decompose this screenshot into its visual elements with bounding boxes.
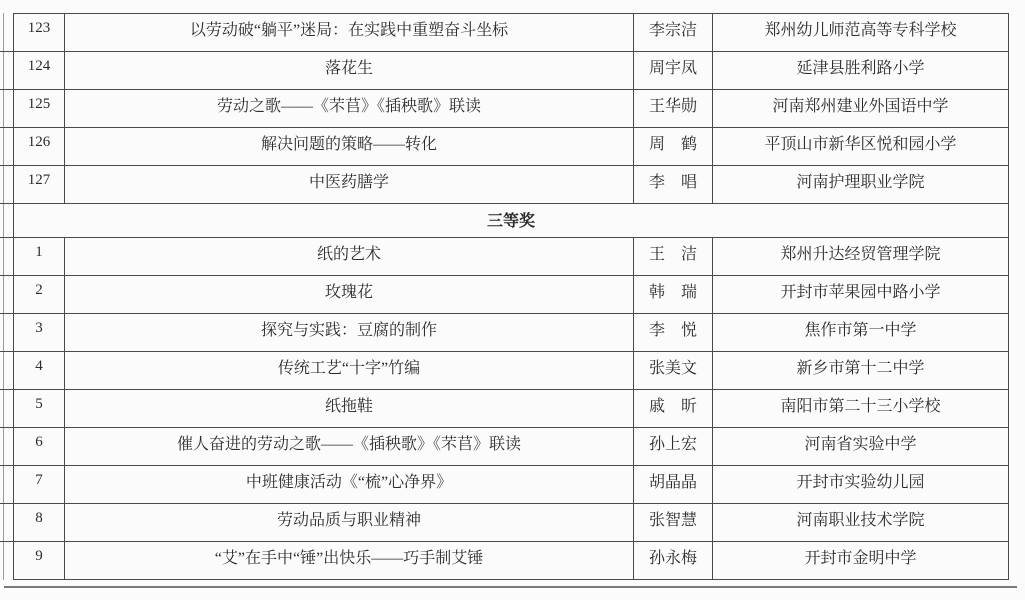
table-row: 124落花生周宇凤延津县胜利路小学 [14, 52, 1009, 90]
table-row: 127中医药膳学李 唱河南护理职业学院 [14, 166, 1009, 204]
school-name-cell: 新乡市第十二中学 [713, 352, 1009, 390]
row-rule-left-stub [0, 127, 13, 128]
row-number-cell: 123 [14, 14, 65, 52]
teacher-name-cell: 李 唱 [634, 166, 713, 204]
row-number-cell: 4 [14, 352, 65, 390]
page-edge-line [3, 13, 4, 580]
work-title-cell: 玫瑰花 [65, 276, 634, 314]
row-number-cell: 8 [14, 504, 65, 542]
table-row: 123以劳动破“躺平”迷局：在实践中重塑奋斗坐标李宗洁郑州幼儿师范高等专科学校 [14, 14, 1009, 52]
teacher-name-cell: 王华勋 [634, 90, 713, 128]
teacher-name-cell: 张美文 [634, 352, 713, 390]
teacher-name-cell: 戚 昕 [634, 390, 713, 428]
teacher-name-cell: 孙永梅 [634, 542, 713, 580]
row-rule-left-stub [0, 237, 13, 238]
row-rule-left-stub [0, 427, 13, 428]
awards-table: 123以劳动破“躺平”迷局：在实践中重塑奋斗坐标李宗洁郑州幼儿师范高等专科学校1… [13, 13, 1009, 580]
table-row: 1纸的艺术王 洁郑州升达经贸管理学院 [14, 238, 1009, 276]
school-name-cell: 河南省实验中学 [713, 428, 1009, 466]
teacher-name-cell: 张智慧 [634, 504, 713, 542]
school-name-cell: 郑州幼儿师范高等专科学校 [713, 14, 1009, 52]
school-name-cell: 河南郑州建业外国语中学 [713, 90, 1009, 128]
school-name-cell: 延津县胜利路小学 [713, 52, 1009, 90]
table-row: 126解决问题的策略——转化周 鹤平顶山市新华区悦和园小学 [14, 128, 1009, 166]
work-title-cell: 落花生 [65, 52, 634, 90]
row-number-cell: 6 [14, 428, 65, 466]
teacher-name-cell: 周 鹤 [634, 128, 713, 166]
row-rule-left-stub [0, 389, 13, 390]
school-name-cell: 南阳市第二十三小学校 [713, 390, 1009, 428]
work-title-cell: 以劳动破“躺平”迷局：在实践中重塑奋斗坐标 [65, 14, 634, 52]
work-title-cell: 催人奋进的劳动之歌——《插秧歌》《芣苢》联读 [65, 428, 634, 466]
row-rule-left-stub [0, 313, 13, 314]
table-row: 125劳动之歌——《芣苢》《插秧歌》联读王华勋河南郑州建业外国语中学 [14, 90, 1009, 128]
school-name-cell: 平顶山市新华区悦和园小学 [713, 128, 1009, 166]
section-header-row: 三等奖 [14, 204, 1009, 238]
row-number-cell: 125 [14, 90, 65, 128]
row-number-cell: 5 [14, 390, 65, 428]
row-number-cell: 1 [14, 238, 65, 276]
row-number-cell: 9 [14, 542, 65, 580]
row-rule-left-stub [0, 465, 13, 466]
work-title-cell: 中班健康活动《“梳”心净界》 [65, 466, 634, 504]
table-row: 6催人奋进的劳动之歌——《插秧歌》《芣苢》联读孙上宏河南省实验中学 [14, 428, 1009, 466]
school-name-cell: 焦作市第一中学 [713, 314, 1009, 352]
row-number-cell: 127 [14, 166, 65, 204]
table-row: 7中班健康活动《“梳”心净界》胡晶晶开封市实验幼儿园 [14, 466, 1009, 504]
teacher-name-cell: 胡晶晶 [634, 466, 713, 504]
row-number-cell: 7 [14, 466, 65, 504]
row-number-cell: 3 [14, 314, 65, 352]
row-rule-left-stub [0, 275, 13, 276]
table-row: 8劳动品质与职业精神张智慧河南职业技术学院 [14, 504, 1009, 542]
row-rule-left-stub [0, 203, 13, 204]
document-page: 123以劳动破“躺平”迷局：在实践中重塑奋斗坐标李宗洁郑州幼儿师范高等专科学校1… [0, 0, 1025, 600]
teacher-name-cell: 李 悦 [634, 314, 713, 352]
row-rule-left-stub [0, 165, 13, 166]
row-rule-left-stub [0, 351, 13, 352]
row-rule-left-stub [0, 503, 13, 504]
school-name-cell: 开封市金明中学 [713, 542, 1009, 580]
page-bottom-rule [4, 586, 1017, 588]
table-row: 4传统工艺“十字”竹编张美文新乡市第十二中学 [14, 352, 1009, 390]
school-name-cell: 河南职业技术学院 [713, 504, 1009, 542]
row-rule-left-stub [0, 89, 13, 90]
table-row: 9“艾”在手中“锤”出快乐——巧手制艾锤孙永梅开封市金明中学 [14, 542, 1009, 580]
school-name-cell: 河南护理职业学院 [713, 166, 1009, 204]
work-title-cell: “艾”在手中“锤”出快乐——巧手制艾锤 [65, 542, 634, 580]
work-title-cell: 探究与实践：豆腐的制作 [65, 314, 634, 352]
school-name-cell: 开封市实验幼儿园 [713, 466, 1009, 504]
teacher-name-cell: 周宇凤 [634, 52, 713, 90]
row-number-cell: 2 [14, 276, 65, 314]
row-number-cell: 124 [14, 52, 65, 90]
awards-table-body: 123以劳动破“躺平”迷局：在实践中重塑奋斗坐标李宗洁郑州幼儿师范高等专科学校1… [14, 14, 1009, 580]
work-title-cell: 纸拖鞋 [65, 390, 634, 428]
teacher-name-cell: 李宗洁 [634, 14, 713, 52]
work-title-cell: 劳动品质与职业精神 [65, 504, 634, 542]
work-title-cell: 纸的艺术 [65, 238, 634, 276]
table-row: 3探究与实践：豆腐的制作李 悦焦作市第一中学 [14, 314, 1009, 352]
work-title-cell: 传统工艺“十字”竹编 [65, 352, 634, 390]
school-name-cell: 开封市苹果园中路小学 [713, 276, 1009, 314]
teacher-name-cell: 王 洁 [634, 238, 713, 276]
work-title-cell: 劳动之歌——《芣苢》《插秧歌》联读 [65, 90, 634, 128]
table-row: 2玫瑰花韩 瑞开封市苹果园中路小学 [14, 276, 1009, 314]
teacher-name-cell: 孙上宏 [634, 428, 713, 466]
row-rule-left-stub [0, 541, 13, 542]
row-rule-left-stub [0, 51, 13, 52]
teacher-name-cell: 韩 瑞 [634, 276, 713, 314]
section-header-label: 三等奖 [14, 204, 1009, 238]
work-title-cell: 中医药膳学 [65, 166, 634, 204]
table-row: 5纸拖鞋戚 昕南阳市第二十三小学校 [14, 390, 1009, 428]
school-name-cell: 郑州升达经贸管理学院 [713, 238, 1009, 276]
work-title-cell: 解决问题的策略——转化 [65, 128, 634, 166]
row-number-cell: 126 [14, 128, 65, 166]
